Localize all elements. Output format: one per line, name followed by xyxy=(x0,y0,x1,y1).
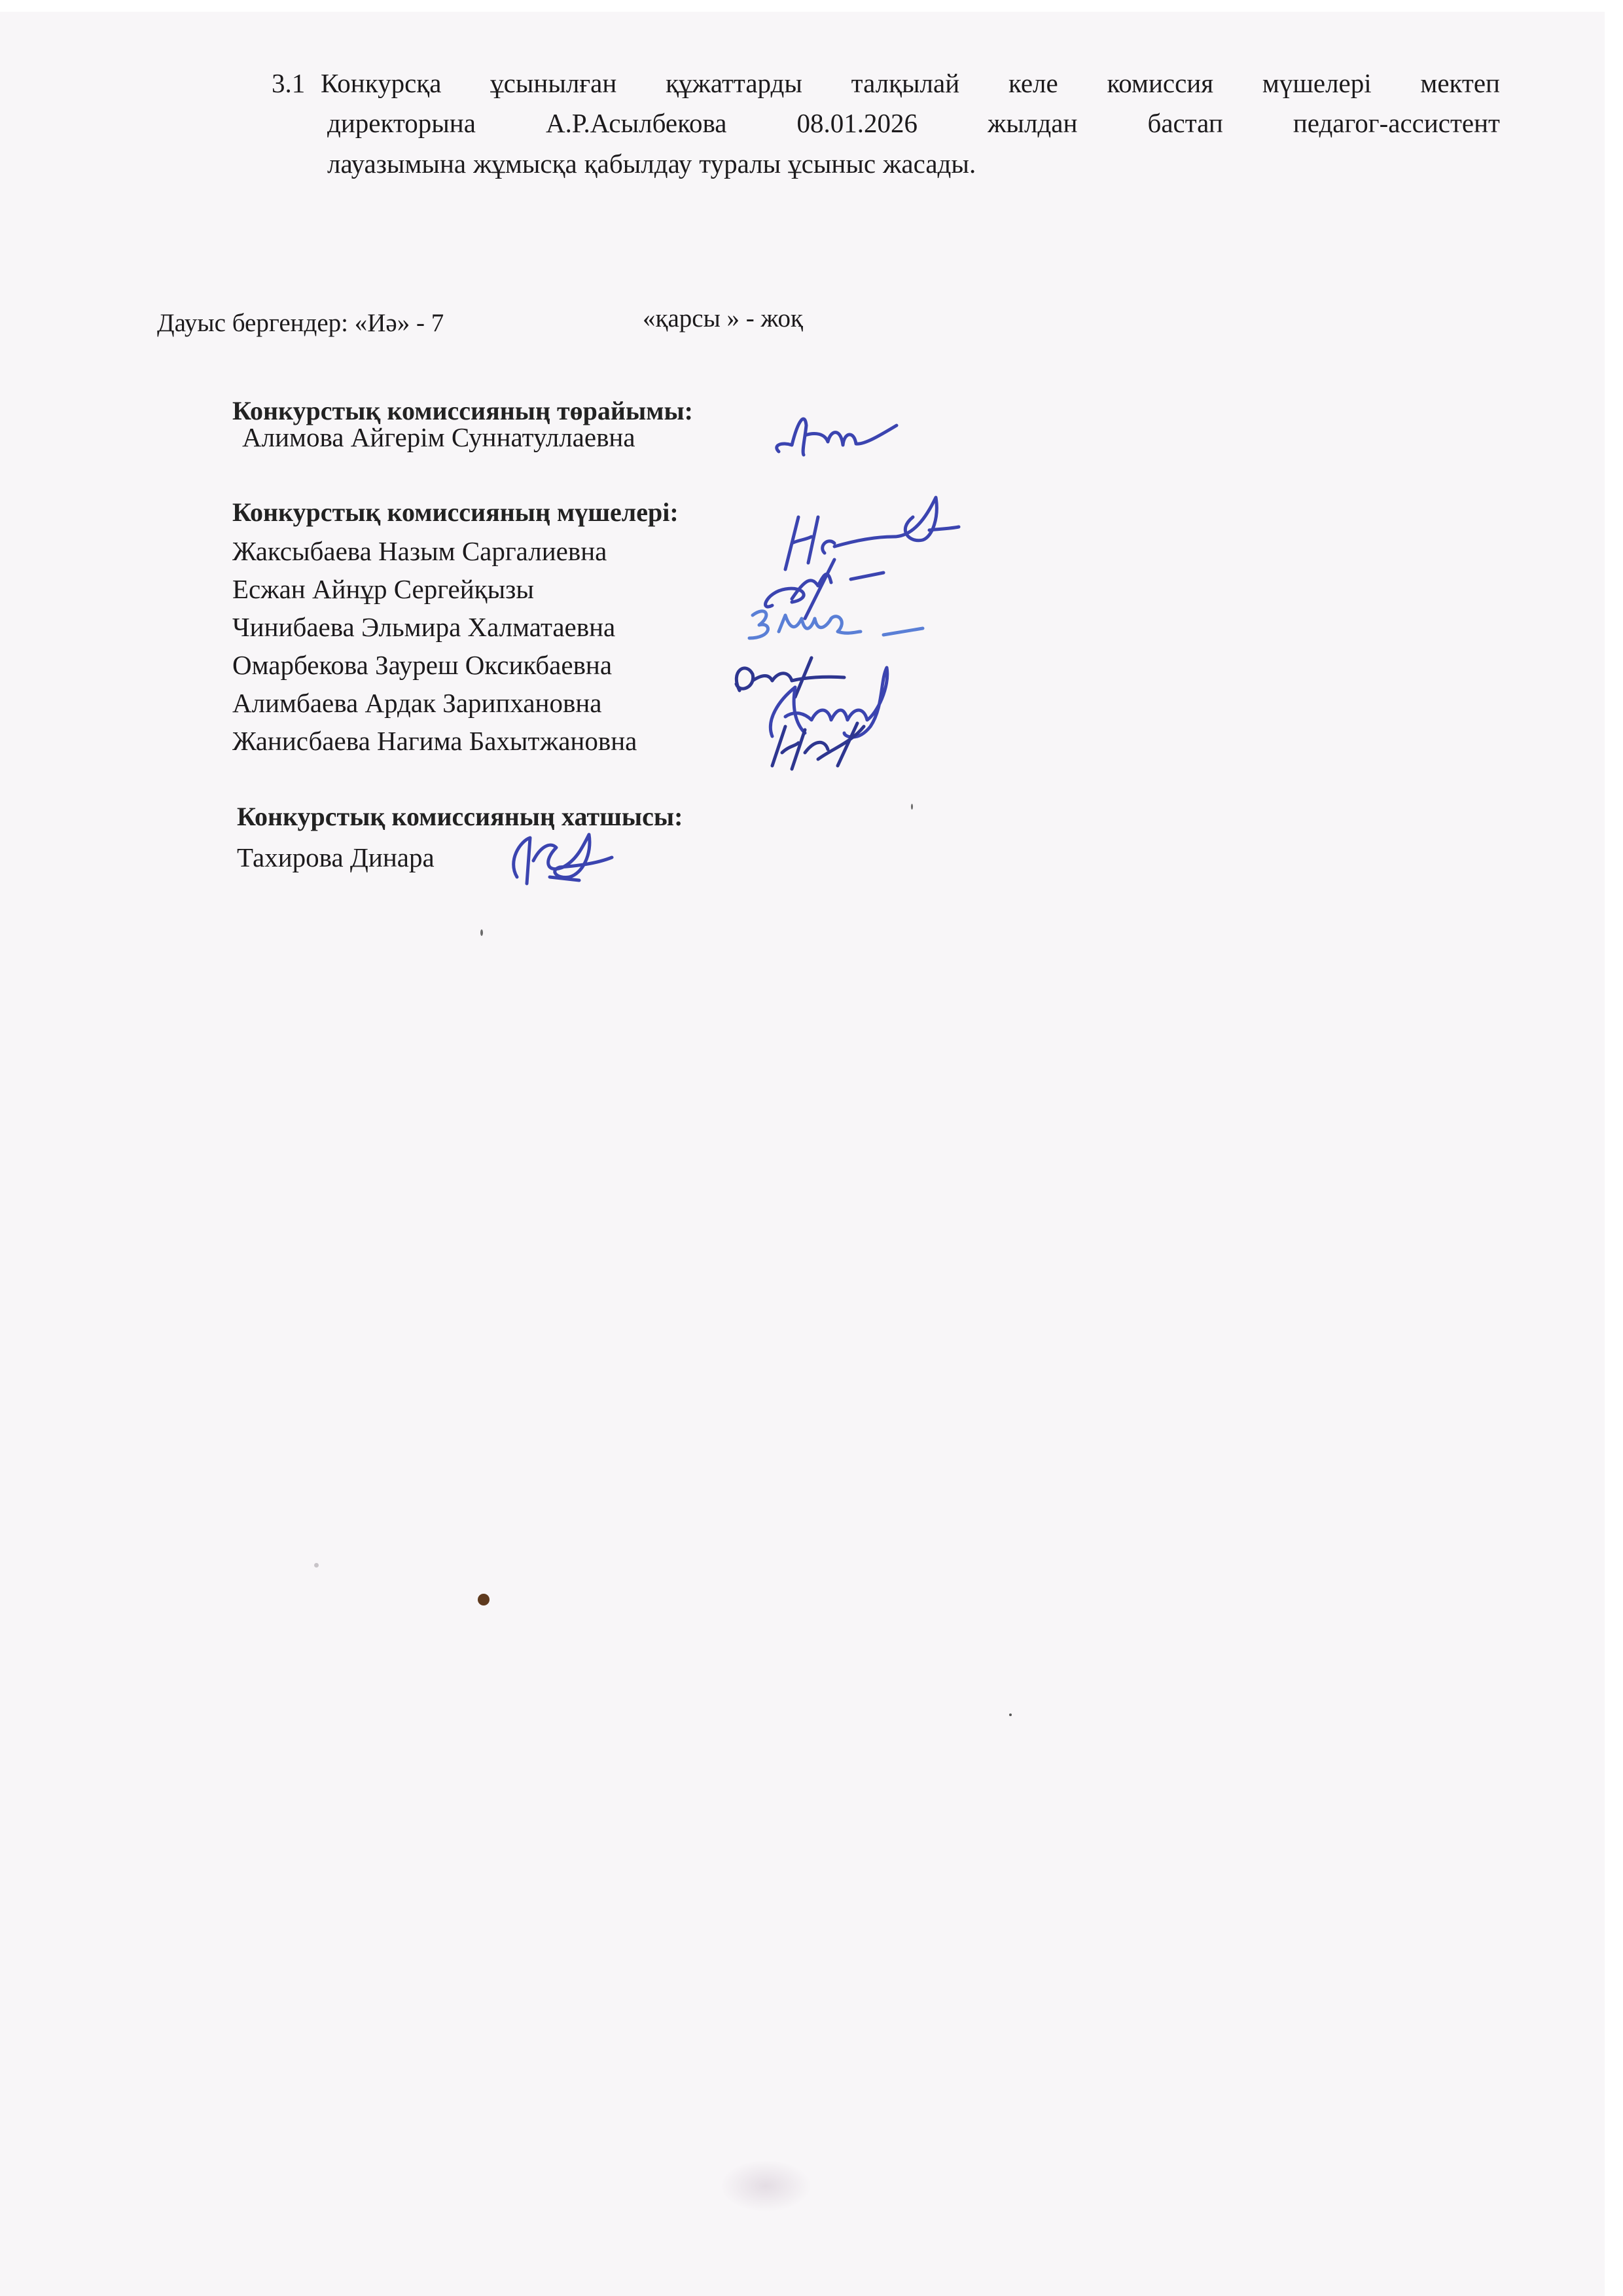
paragraph-line-2: директорынаА.Р.Асылбекова08.01.2026жылда… xyxy=(327,110,1500,137)
paragraph-word: туралы xyxy=(699,151,781,177)
member-name: Чинибаева Эльмира Халматаевна xyxy=(232,614,615,641)
member-name: Жанисбаева Нагима Бахытжановна xyxy=(232,728,637,755)
paragraph-word: құжаттарды xyxy=(666,70,802,97)
members-heading: Конкурстық комиссияның мүшелері: xyxy=(232,499,679,526)
scan-speck xyxy=(314,1563,319,1568)
secretary-signature xyxy=(497,821,622,893)
vote-against: «қарсы » - жоқ xyxy=(643,306,803,331)
member-name: Жаксыбаева Назым Саргалиевна xyxy=(232,538,607,565)
member-signature-6 xyxy=(753,713,883,772)
paragraph-word: келе xyxy=(1008,70,1058,97)
scanned-page xyxy=(0,12,1605,2296)
scan-speck xyxy=(1009,1713,1012,1716)
member-name: Есжан Айнұр Сергейқызы xyxy=(232,576,534,603)
paragraph-word: талқылай xyxy=(851,70,960,97)
member-name: Алимбаева Ардак Зарипхановна xyxy=(232,690,602,717)
paragraph-word: 08.01.2026 xyxy=(797,110,918,137)
paragraph-word: қабылдау xyxy=(584,151,692,177)
scan-speck xyxy=(911,804,913,810)
paragraph-word: директорына xyxy=(327,110,476,137)
paragraph-line-1: Конкурсқаұсынылғанқұжаттардыталқылайкеле… xyxy=(321,70,1500,97)
ink-blot xyxy=(478,1594,490,1605)
paragraph-word: А.Р.Асылбекова xyxy=(546,110,726,137)
paragraph-word: ұсынылған xyxy=(490,70,616,97)
secretary-name: Тахирова Динара xyxy=(237,844,435,871)
paragraph-word: жылдан xyxy=(988,110,1077,137)
paragraph-word: мүшелері xyxy=(1262,70,1372,97)
member-name: Омарбекова Зауреш Оксикбаевна xyxy=(232,652,612,679)
scan-speck xyxy=(480,929,483,936)
scan-speck xyxy=(720,2160,811,2212)
paragraph-line-3: лауазымынажұмысқақабылдаутуралыұсынысжас… xyxy=(327,151,983,177)
paragraph-word: мектеп xyxy=(1420,70,1500,97)
paragraph-word: жасады. xyxy=(883,151,976,177)
chair-name: Алимова Айгерім Суннатуллаевна xyxy=(242,424,635,451)
paragraph-word: комиссия xyxy=(1107,70,1213,97)
paragraph-word: Конкурсқа xyxy=(321,70,441,97)
member-signature-3 xyxy=(733,599,942,651)
paragraph-word: лауазымына xyxy=(327,151,466,177)
chair-signature xyxy=(766,406,923,471)
paragraph-word: ұсыныс xyxy=(788,151,876,177)
paragraph-word: педагог-ассистент xyxy=(1293,110,1500,137)
vote-for: Дауыс бергендер: «Иә» - 7 xyxy=(157,310,444,336)
paragraph-number: 3.1 xyxy=(272,70,305,97)
chair-heading: Конкурстық комиссияның төрайымы: xyxy=(232,398,693,424)
paragraph-word: жұмысқа xyxy=(473,151,577,177)
paragraph-word: бастап xyxy=(1148,110,1223,137)
